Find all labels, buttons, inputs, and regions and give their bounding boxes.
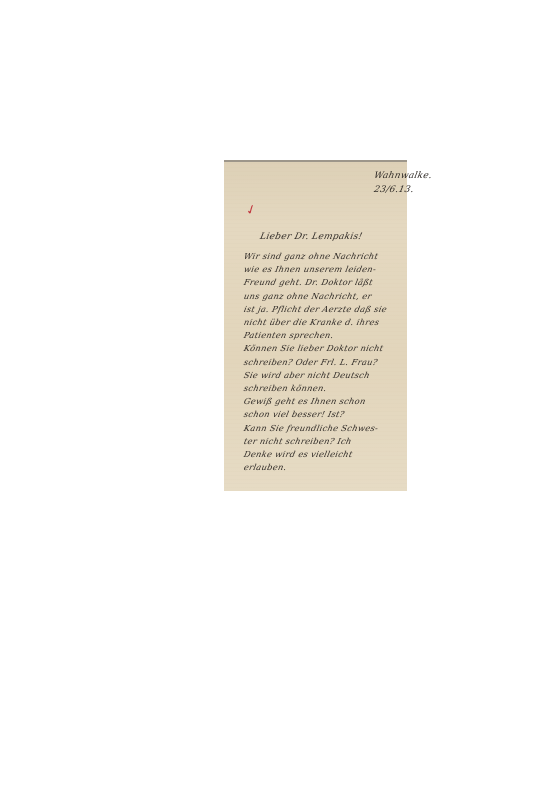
letter-body-line: schon viel besser! Ist? xyxy=(243,409,346,419)
letter-body-line: ist ja. Pflicht der Aerzte daß sie xyxy=(243,304,388,314)
letter-body-line: schreiben können. xyxy=(243,383,328,393)
letter-body-line: Wir sind ganz ohne Nachricht xyxy=(243,251,379,261)
letter-body-line: Patienten sprechen. xyxy=(243,330,335,340)
letter-body-line: nicht über die Kranke d. ihres xyxy=(243,317,381,327)
letter-body-line: Können Sie lieber Doktor nicht xyxy=(243,343,385,353)
letter-body-line: Freund geht. Dr. Doktor läßt xyxy=(243,277,374,287)
letter-body-line: erlauben. xyxy=(243,462,288,472)
letter-body-line: ter nicht schreiben? Ich xyxy=(243,436,353,446)
letter-place: Wahnwalke. xyxy=(373,171,433,181)
letter-page: Wahnwalke. 23/6.13. ✓ Lieber Dr. Lempaki… xyxy=(224,160,407,491)
letter-body-line: Kann Sie freundliche Schwes- xyxy=(243,423,379,433)
letter-body-line: uns ganz ohne Nachricht, er xyxy=(243,291,373,301)
letter-body-line: schreiben? Oder Frl. L. Frau? xyxy=(243,357,379,367)
letter-salutation: Lieber Dr. Lempakis! xyxy=(259,232,363,242)
letter-date: 23/6.13. xyxy=(373,185,415,195)
red-checkmark-icon: ✓ xyxy=(244,202,259,220)
letter-body-line: Denke wird es vielleicht xyxy=(243,449,354,459)
letter-body-line: wie es Ihnen unserem leiden- xyxy=(243,264,377,274)
letter-body-line: Gewiß geht es Ihnen schon xyxy=(243,396,367,406)
letter-body-line: Sie wird aber nicht Deutsch xyxy=(243,370,371,380)
